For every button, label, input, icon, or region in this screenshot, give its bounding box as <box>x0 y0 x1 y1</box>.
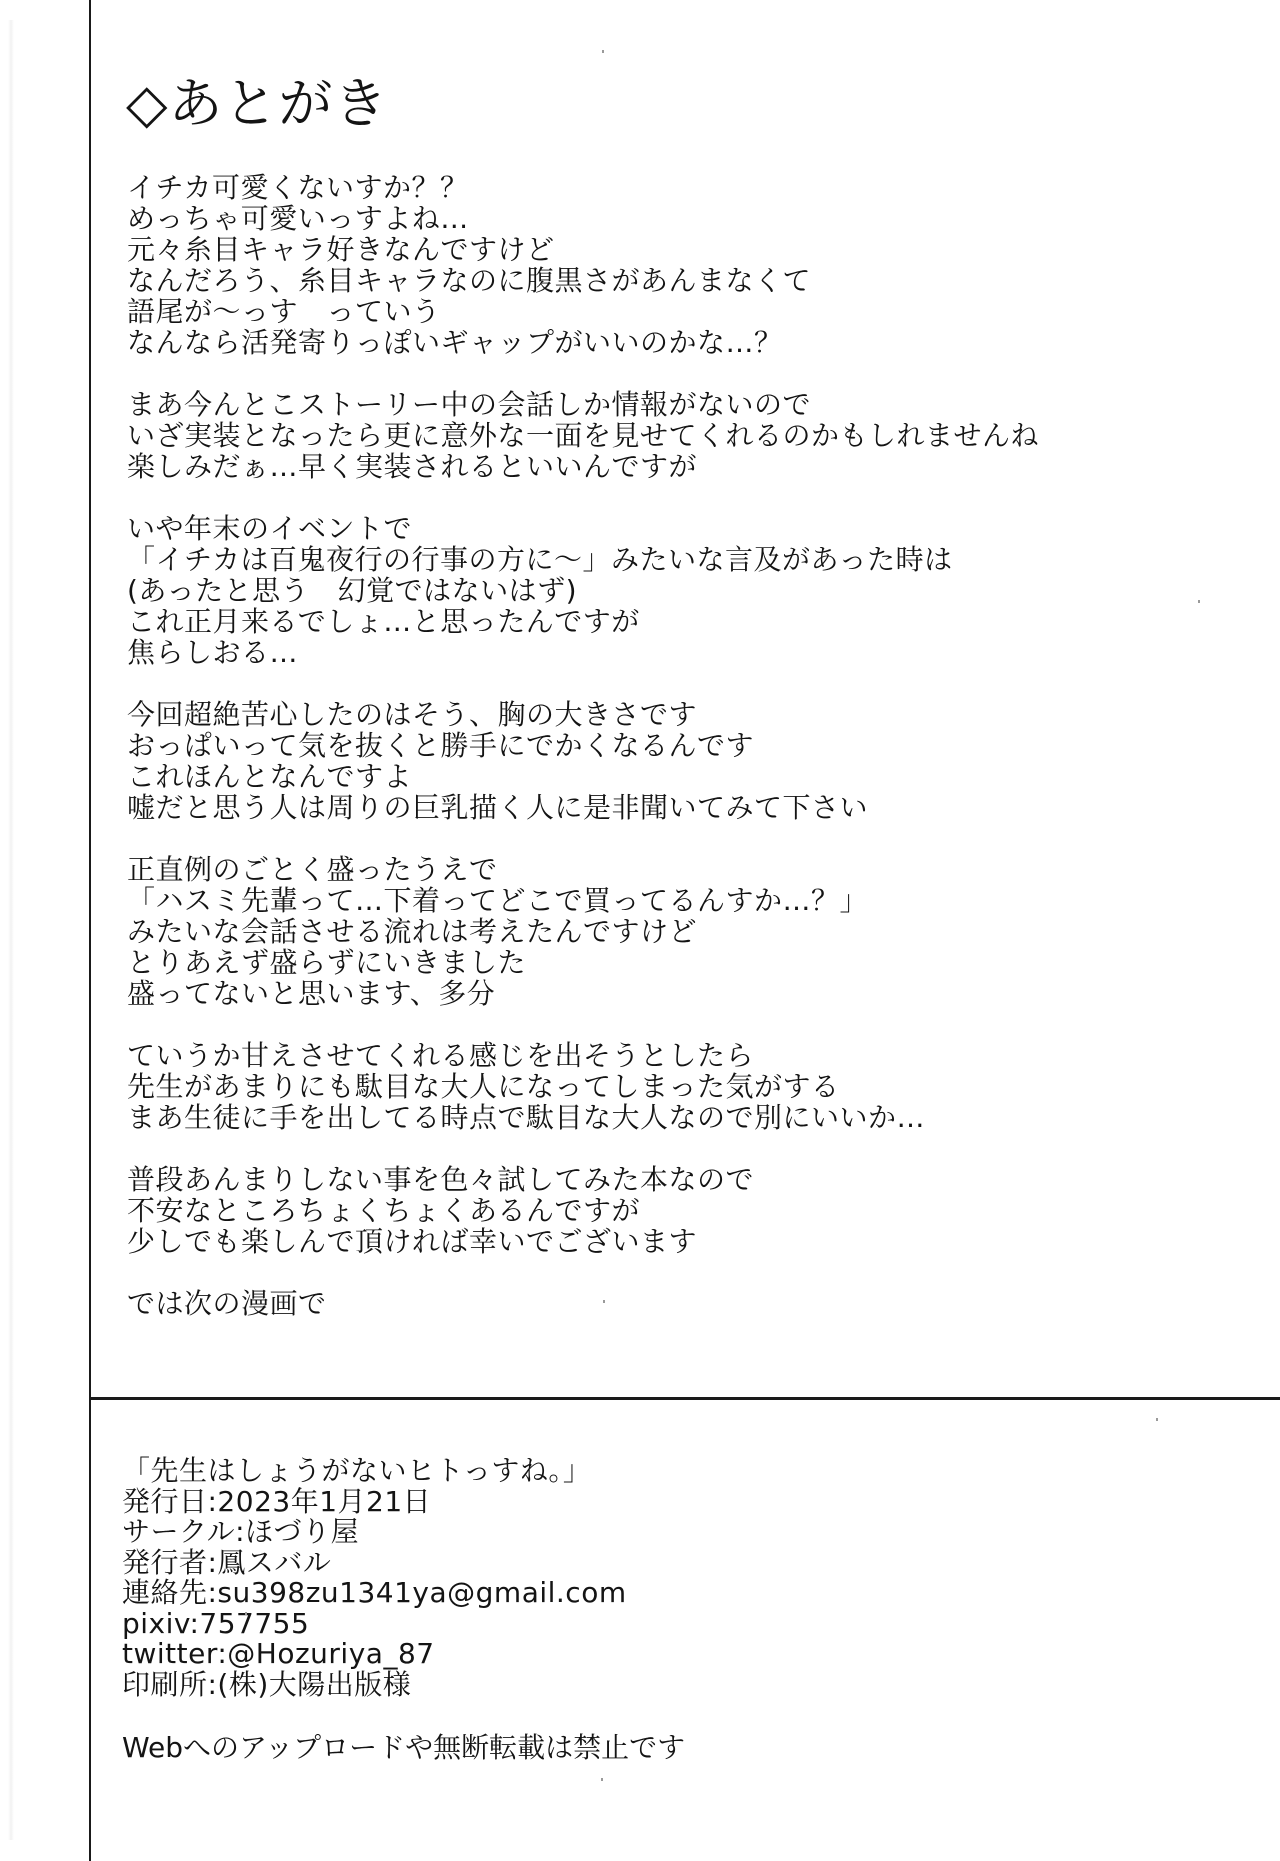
text-line: 元々糸目キャラ好きなんですけど <box>127 234 1247 265</box>
text-line: これ正月来るでしょ…と思ったんですが <box>127 606 1247 637</box>
colophon-publisher: 発行者:鳳スバル <box>122 1548 1222 1579</box>
colophon-divider <box>90 1397 1280 1400</box>
text-line: 「イチカは百鬼夜行の行事の方に〜」みたいな言及があった時は <box>127 544 1247 575</box>
text-line: では次の漫画で <box>127 1288 1247 1319</box>
text-line: (あったと思う 幻覚ではないはず) <box>127 575 1247 606</box>
text-line: なんだろう、糸目キャラなのに腹黒さがあんまなくて <box>127 265 1247 296</box>
text-line: 楽しみだぁ…早く実装されるといいんですが <box>127 451 1247 482</box>
colophon-circle: サークル:ほづり屋 <box>122 1517 1222 1548</box>
colophon-pixiv: pixiv:757755 <box>122 1609 1222 1640</box>
colophon-contact: 連絡先:su398zu1341ya@gmail.com <box>122 1578 1222 1609</box>
text-line: いざ実装となったら更に意外な一面を見せてくれるのかもしれませんね <box>127 420 1247 451</box>
text-line: まあ生徒に手を出してる時点で駄目な大人なので別にいいか… <box>127 1102 1247 1133</box>
text-line: まあ今んとこストーリー中の会話しか情報がないので <box>127 389 1247 420</box>
paragraph-3: いや年末のイベントで 「イチカは百鬼夜行の行事の方に〜」みたいな言及があった時は… <box>127 513 1247 668</box>
text-line: 語尾が〜っす っていう <box>127 296 1247 327</box>
text-line: なんなら活発寄りっぽいギャップがいいのかな…？ <box>127 327 1247 358</box>
scan-speck <box>603 1300 605 1303</box>
scan-speck <box>602 50 604 53</box>
text-line: 今回超絶苦心したのはそう、胸の大きさです <box>127 699 1247 730</box>
afterword-body: イチカ可愛くないすか？？ めっちゃ可愛いっすよね… 元々糸目キャラ好きなんですけ… <box>127 172 1247 1350</box>
text-line: イチカ可愛くないすか？？ <box>127 172 1247 203</box>
text-line: とりあえず盛らずにいきました <box>127 947 1247 978</box>
afterword-title: ◇あとがき <box>126 72 389 136</box>
scan-speck <box>601 1778 603 1781</box>
scan-shadow-edge <box>8 20 14 1840</box>
text-line: いや年末のイベントで <box>127 513 1247 544</box>
colophon: 「先生はしょうがないヒトっすね。」 発行日:2023年1月21日 サークル:ほづ… <box>122 1456 1222 1700</box>
colophon-book-title: 「先生はしょうがないヒトっすね。」 <box>122 1456 1222 1487</box>
text-line: ていうか甘えさせてくれる感じを出そうとしたら <box>127 1040 1247 1071</box>
text-line: 普段あんまりしない事を色々試してみた本なので <box>127 1164 1247 1195</box>
colophon-release-date: 発行日:2023年1月21日 <box>122 1487 1222 1518</box>
paragraph-4: 今回超絶苦心したのはそう、胸の大きさです おっぱいって気を抜くと勝手にでかくなる… <box>127 699 1247 823</box>
text-line: 盛ってないと思います、多分 <box>127 978 1247 1009</box>
colophon-twitter: twitter:@Hozuriya_87 <box>122 1639 1222 1670</box>
text-line: 少しでも楽しんで頂ければ幸いでございます <box>127 1226 1247 1257</box>
paragraph-2: まあ今んとこストーリー中の会話しか情報がないので いざ実装となったら更に意外な一… <box>127 389 1247 482</box>
text-line: 不安なところちょくちょくあるんですが <box>127 1195 1247 1226</box>
text-line: これほんとなんですよ <box>127 761 1247 792</box>
scan-speck <box>1156 1418 1158 1421</box>
scan-speck <box>1198 600 1200 603</box>
text-line: 先生があまりにも駄目な大人になってしまった気がする <box>127 1071 1247 1102</box>
text-line: みたいな会話させる流れは考えたんですけど <box>127 916 1247 947</box>
reprint-notice: Webへのアップロードや無断転載は禁止です <box>122 1732 685 1764</box>
paragraph-6: ていうか甘えさせてくれる感じを出そうとしたら 先生があまりにも駄目な大人になって… <box>127 1040 1247 1133</box>
text-line: 「ハスミ先輩って…下着ってどこで買ってるんすか…？」 <box>127 885 1247 916</box>
paragraph-8: では次の漫画で <box>127 1288 1247 1319</box>
text-line: 嘘だと思う人は周りの巨乳描く人に是非聞いてみて下さい <box>127 792 1247 823</box>
colophon-printer: 印刷所:(株)大陽出版様 <box>122 1670 1222 1701</box>
scan-speck <box>245 1612 247 1615</box>
text-line: 正直例のごとく盛ったうえで <box>127 854 1247 885</box>
text-line: 焦らしおる… <box>127 637 1247 668</box>
margin-vertical-rule <box>89 0 91 1861</box>
paragraph-1: イチカ可愛くないすか？？ めっちゃ可愛いっすよね… 元々糸目キャラ好きなんですけ… <box>127 172 1247 358</box>
paragraph-7: 普段あんまりしない事を色々試してみた本なので 不安なところちょくちょくあるんです… <box>127 1164 1247 1257</box>
text-line: めっちゃ可愛いっすよね… <box>127 203 1247 234</box>
paragraph-5: 正直例のごとく盛ったうえで 「ハスミ先輩って…下着ってどこで買ってるんすか…？」… <box>127 854 1247 1009</box>
text-line: おっぱいって気を抜くと勝手にでかくなるんです <box>127 730 1247 761</box>
